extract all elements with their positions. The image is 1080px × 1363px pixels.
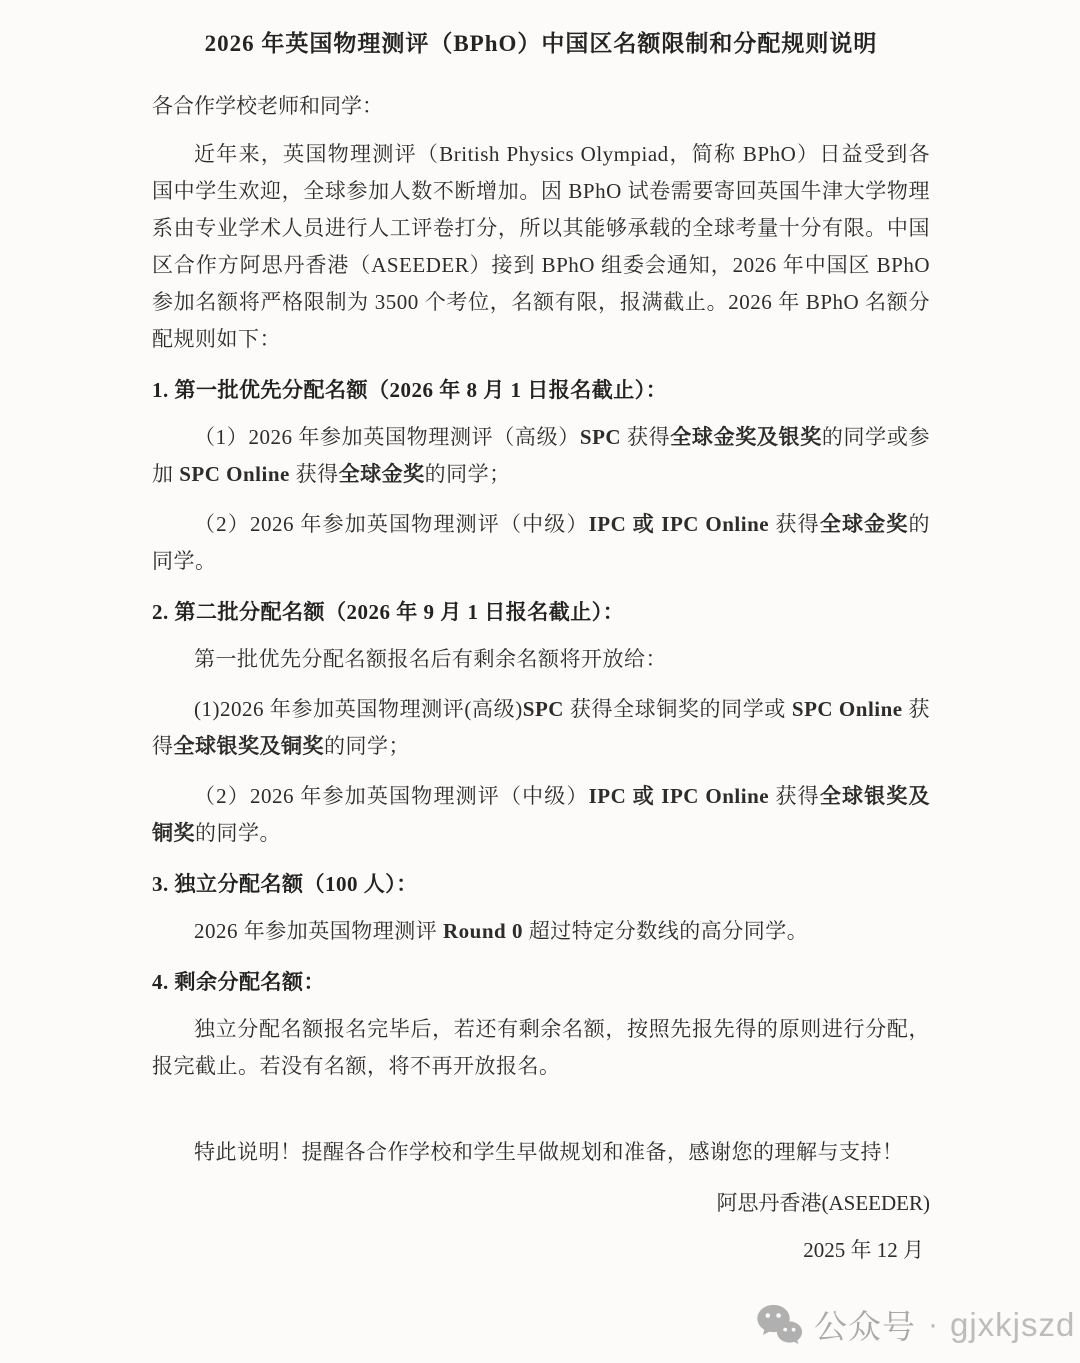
section-2-item-2: （2）2026 年参加英国物理测评（中级）IPC 或 IPC Online 获得… (152, 778, 930, 852)
section-2: 2. 第二批分配名额（2026 年 9 月 1 日报名截止）： 第一批优先分配名… (152, 597, 930, 852)
wechat-icon (756, 1304, 804, 1346)
section-1-heading: 1. 第一批优先分配名额（2026 年 8 月 1 日报名截止）： (152, 375, 930, 406)
wechat-watermark: 公众号 · gjxkjszd (756, 1301, 1075, 1348)
intro-paragraph: 近年来，英国物理测评（British Physics Olympiad，简称 B… (152, 136, 930, 358)
section-4-item-1: 独立分配名额报名完毕后，若还有剩余名额，按照先报先得的原则进行分配，报完截止。若… (152, 1011, 930, 1085)
wechat-oa-label: 公众号 (814, 1301, 916, 1348)
signature-line: 阿思丹香港(ASEEDER) (152, 1188, 930, 1218)
document-page: 2026 年英国物理测评（BPhO）中国区名额限制和分配规则说明 各合作学校老师… (0, 0, 1080, 1363)
date-line: 2025 年 12 月 (152, 1235, 930, 1265)
section-3-heading: 3. 独立分配名额（100 人）： (152, 869, 930, 900)
section-3-item-1: 2026 年参加英国物理测评 Round 0 超过特定分数线的高分同学。 (152, 913, 930, 950)
section-1: 1. 第一批优先分配名额（2026 年 8 月 1 日报名截止）： （1）202… (152, 375, 930, 580)
section-4-heading: 4. 剩余分配名额： (152, 967, 930, 998)
section-2-heading: 2. 第二批分配名额（2026 年 9 月 1 日报名截止）： (152, 597, 930, 628)
section-1-item-2: （2）2026 年参加英国物理测评（中级）IPC 或 IPC Online 获得… (152, 506, 930, 580)
section-1-item-1: （1）2026 年参加英国物理测评（高级）SPC 获得全球金奖及银奖的同学或参加… (152, 419, 930, 493)
separator-dot: · (928, 1308, 938, 1342)
section-4: 4. 剩余分配名额： 独立分配名额报名完毕后，若还有剩余名额，按照先报先得的原则… (152, 967, 930, 1085)
section-2-lead: 第一批优先分配名额报名后有剩余名额将开放给： (152, 641, 930, 678)
section-3: 3. 独立分配名额（100 人）： 2026 年参加英国物理测评 Round 0… (152, 869, 930, 950)
closing-note: 特此说明！提醒各合作学校和学生早做规划和准备，感谢您的理解与支持！ (152, 1134, 930, 1171)
section-2-item-1: (1)2026 年参加英国物理测评(高级)SPC 获得全球铜奖的同学或 SPC … (152, 691, 930, 765)
document-title: 2026 年英国物理测评（BPhO）中国区名额限制和分配规则说明 (152, 28, 930, 60)
salutation: 各合作学校老师和同学： (152, 92, 930, 120)
wechat-account-id: gjxkjszd (950, 1306, 1075, 1344)
